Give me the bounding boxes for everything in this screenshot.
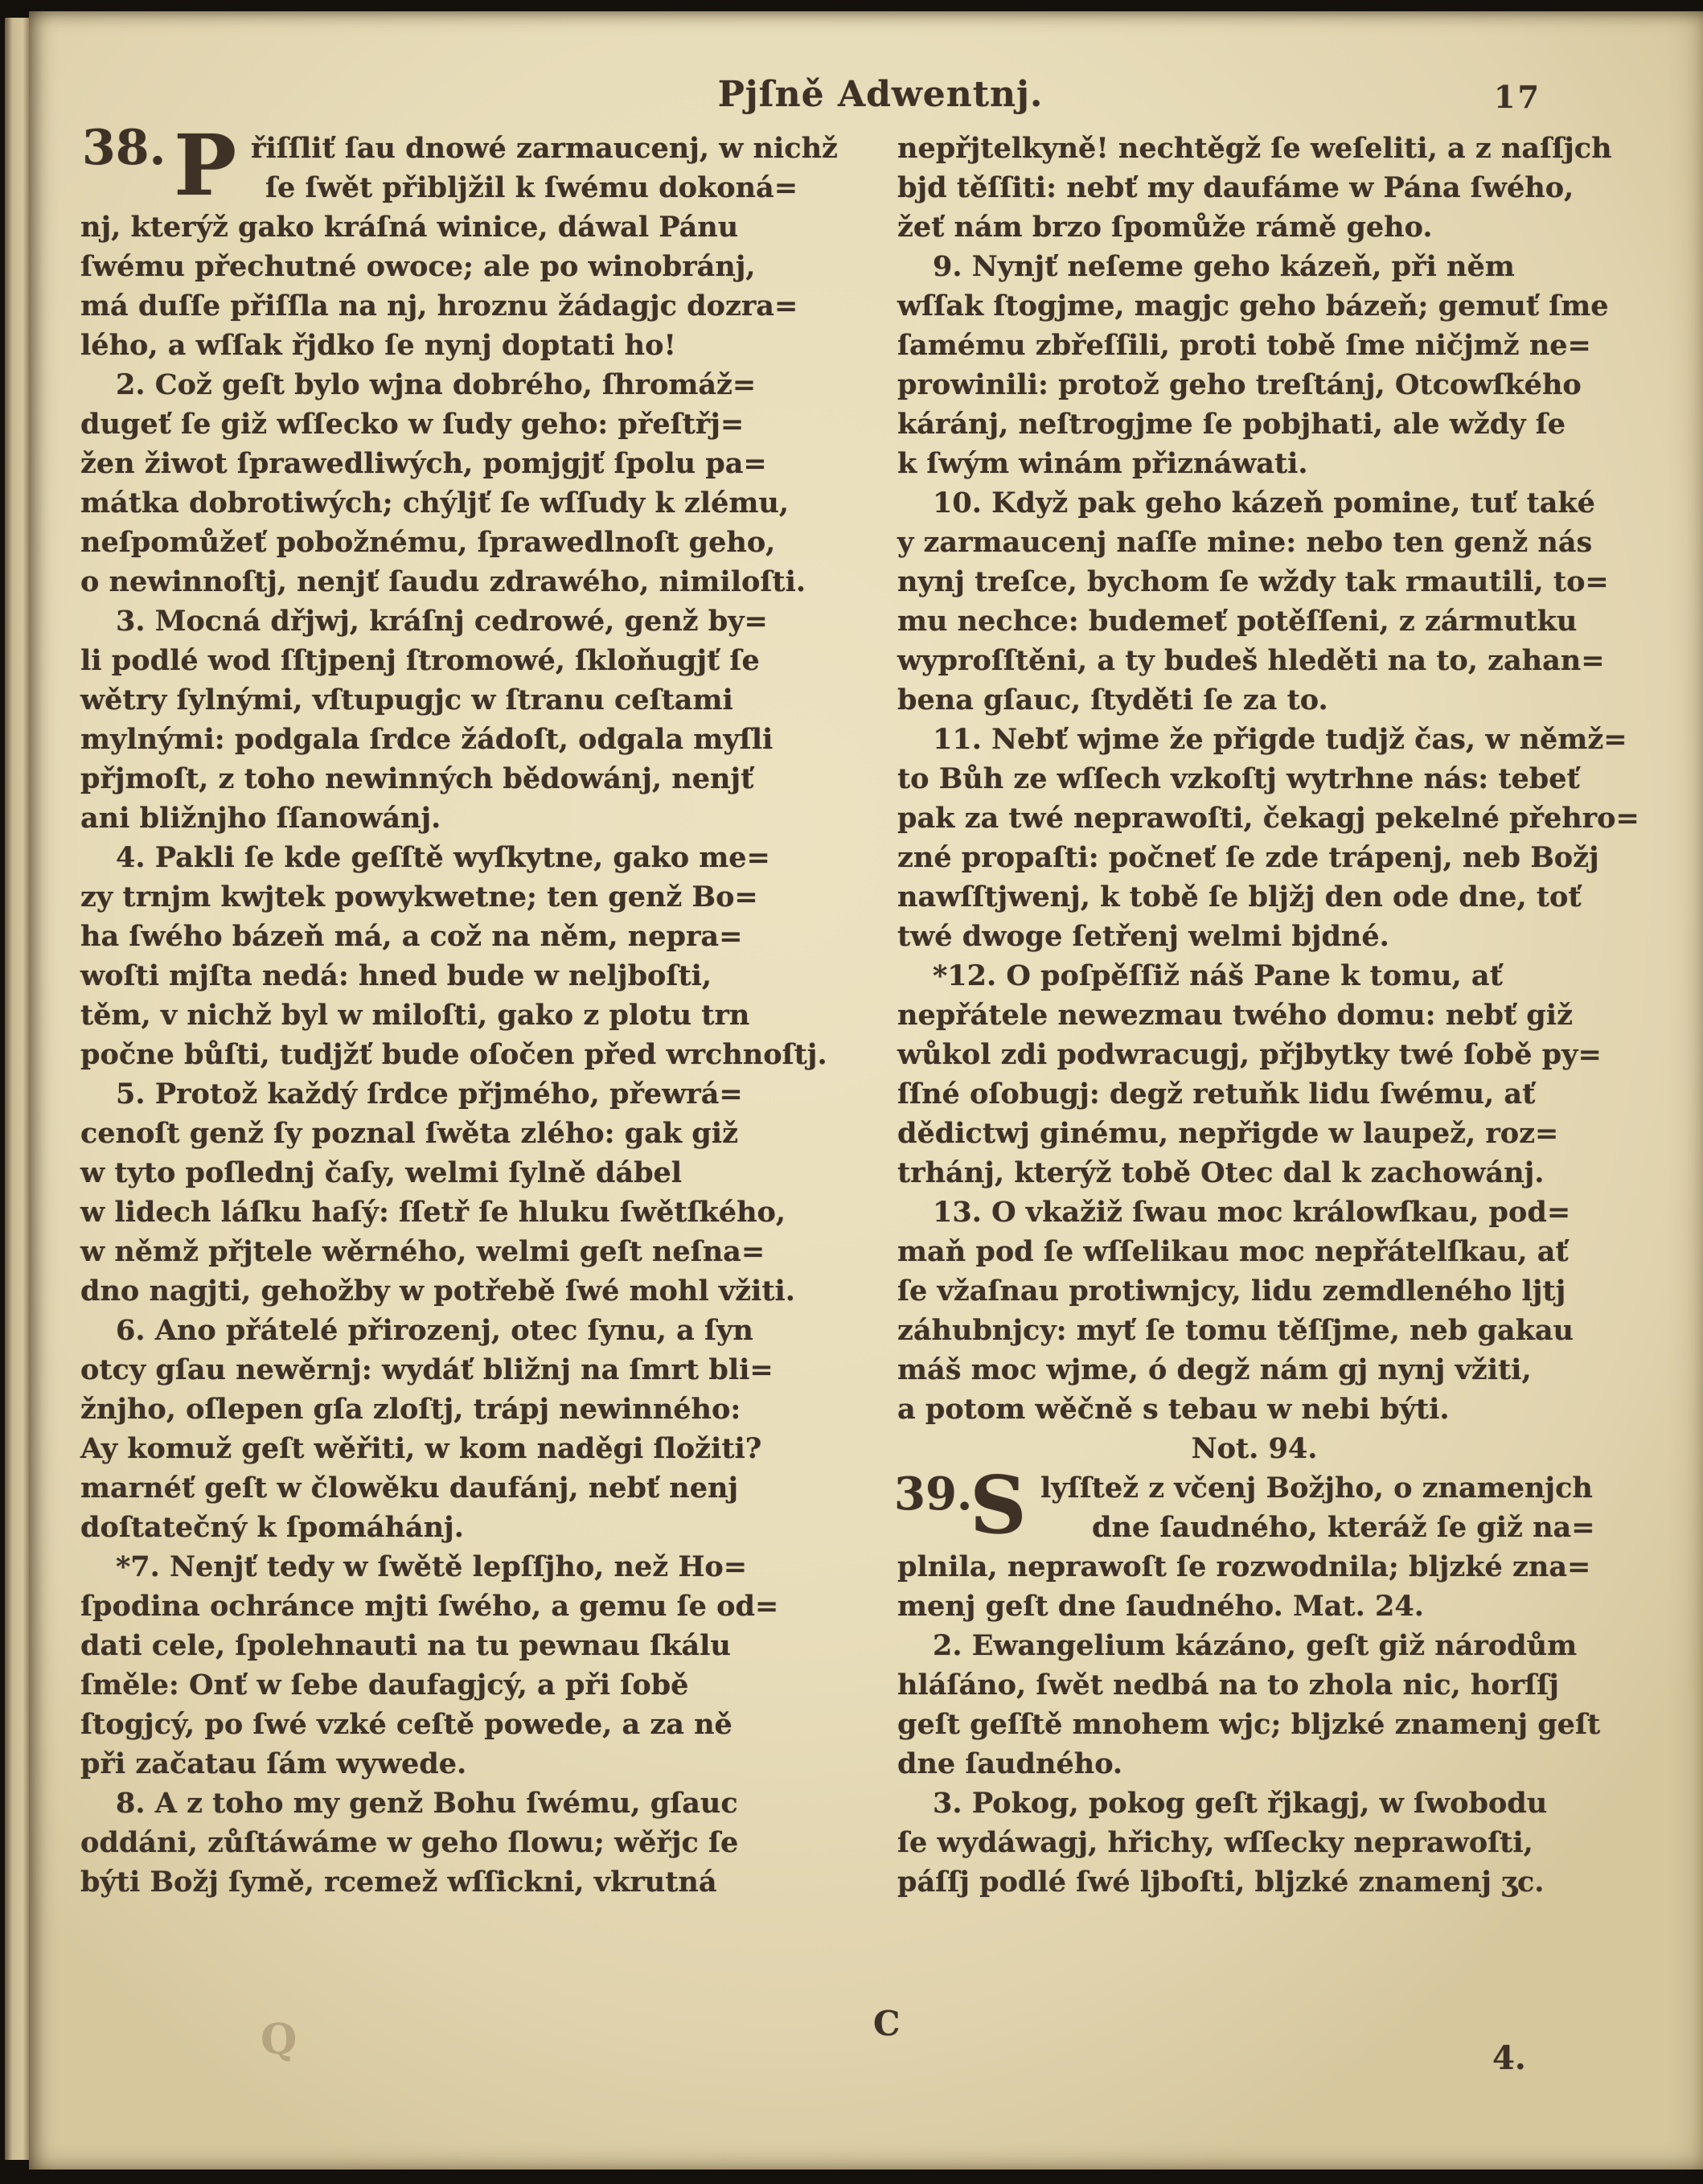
text-line: nepřátele newezmau twého domu: nebť giž	[897, 996, 1703, 1035]
text-line: k ſwým winám přiznáwati.	[897, 444, 1703, 483]
text-line: dne ſaudného.	[897, 1744, 1703, 1784]
text-line: 9. Nynjť neſeme geho kázeň, při něm	[897, 247, 1703, 286]
song-39-number: 39.	[894, 1475, 972, 1514]
text-line: dědictwj ginému, nepřigde w laupež, roz=	[897, 1114, 1703, 1153]
page-number: 17	[1494, 79, 1541, 115]
text-line: 13. O vkažiž ſwau moc králowſkau, pod=	[897, 1193, 1703, 1232]
text-line: dugeť ſe giž wſſecko w ſudy geho: přeſtř…	[80, 404, 873, 444]
text-line: zy trnjm kwjtek powykwetne; ten genž Bo=	[80, 877, 873, 917]
song-39-opening: 39. S lyſſtež z včenj Božjho, o znamenjc…	[897, 1468, 1703, 1547]
text-line: doſtatečný k ſpomáhánj.	[80, 1508, 873, 1547]
text-line: pak za twé neprawoſti, čekagj pekelné př…	[897, 798, 1703, 838]
ink-bleed-mark: Q	[261, 2015, 297, 2064]
text-line: 10. Když pak geho kázeň pomine, tuť také	[897, 483, 1703, 523]
text-line: ſe vžaſnau protiwnjcy, lidu zemdleného l…	[897, 1271, 1703, 1311]
text-line: ſpodina ochránce mjti ſwého, a gemu ſe o…	[80, 1587, 873, 1626]
text-line: bjd těſſiti: nebť my daufáme w Pána ſwéh…	[897, 168, 1703, 207]
text-line: woſti mjſta nedá: hned bude w neljboſti,	[80, 956, 873, 996]
text-line: *7. Nenjť tedy w ſwětě lepſſjho, než Ho=	[80, 1547, 873, 1587]
text-line: otcy gſau newěrnj: wydáť bližnj na ſmrt …	[80, 1350, 873, 1390]
text-line: ſtogjcý, po ſwé vzké ceſtě powede, a za …	[80, 1705, 873, 1744]
text-line: wyproſſtěni, a ty budeš hleděti na to, z…	[897, 641, 1703, 680]
text-line: 3. Mocná dřjwj, kráſnj cedrowé, genž by=	[80, 601, 873, 641]
drop-cap-p: P	[174, 124, 236, 207]
text-line: prowinili: protož geho treſtánj, Otcowſk…	[897, 365, 1703, 404]
text-line: 11. Nebť wjme že přigde tudjž čas, w něm…	[897, 720, 1703, 759]
song-39-body: plnila, neprawoſt ſe rozwodnila; bljzké …	[897, 1547, 1703, 1902]
text-line: káránj, neſtrogjme ſe pobjhati, ale wždy…	[897, 404, 1703, 444]
text-line: ſe ſwět přibljžil k ſwému dokoná=	[265, 168, 873, 207]
book-page: Pjſně Adwentnj. 17 38. P řiſſliť ſau dno…	[29, 11, 1703, 2170]
text-line: bena gſauc, ſtyděti ſe za to.	[897, 680, 1703, 720]
column-gap	[873, 129, 897, 1902]
text-line: nawſſtjwenj, k tobě ſe bljžj den ode dne…	[897, 877, 1703, 917]
song-38-opening: 38. P řiſſliť ſau dnowé zarmaucenj, w ni…	[80, 129, 873, 207]
text-line: 8. A z toho my genž Bohu ſwému, gſauc	[80, 1784, 873, 1823]
text-line: mátka dobrotiwých; chýljť ſe wſſudy k zl…	[80, 483, 873, 523]
text-line: w tyto poſlednj čaſy, welmi ſylně dábel	[80, 1153, 873, 1193]
text-line: wůkol zdi podwracugj, přjbytky twé ſobě …	[897, 1035, 1703, 1074]
catchword: 4.	[1492, 2039, 1526, 2077]
text-line: těm, v nichž byl w miloſti, gako z plotu…	[80, 996, 873, 1035]
text-line: 4. Pakli ſe kde geſſtě wyſkytne, gako me…	[80, 838, 873, 877]
text-line: dati cele, ſpolehnauti na tu pewnau ſkál…	[80, 1626, 873, 1665]
text-line: mylnými: podgala ſrdce žádoſt, odgala my…	[80, 720, 873, 759]
text-line: řiſſliť ſau dnowé zarmaucenj, w nichž	[251, 129, 873, 168]
text-line: ſamému zbřeſſili, proti tobě ſme ničjmž …	[897, 326, 1703, 365]
page-edge	[5, 18, 31, 2160]
text-line: trhánj, kterýž tobě Otec dal k zachowánj…	[897, 1153, 1703, 1193]
column-right: nepřjtelkyně! nechtěgž ſe weſeliti, a z …	[897, 129, 1703, 1902]
text-line: o newinnoſtj, nenjť ſaudu zdrawého, nimi…	[80, 562, 873, 601]
text-columns: 38. P řiſſliť ſau dnowé zarmaucenj, w ni…	[80, 129, 1703, 1902]
text-line: počne bůſti, tudjžť bude oſočen před wrc…	[80, 1035, 873, 1074]
text-line: dno nagjti, gehožby w potřebě ſwé mohl v…	[80, 1271, 873, 1311]
text-line: nepřjtelkyně! nechtěgž ſe weſeliti, a z …	[897, 129, 1703, 168]
text-line: hláſáno, ſwět nedbá na to zhola nic, hor…	[897, 1665, 1703, 1705]
text-line: záhubnjcy: myť ſe tomu těſſjme, neb gaka…	[897, 1311, 1703, 1350]
song-38-continuation: nepřjtelkyně! nechtěgž ſe weſeliti, a z …	[897, 129, 1703, 1429]
text-line: nynj treſce, bychom ſe wždy tak rmautili…	[897, 562, 1703, 601]
text-line: 2. Ewangelium kázáno, geſt giž národům	[897, 1626, 1703, 1665]
text-line: geſt geſſtě mnohem wjc; bljzké znamenj g…	[897, 1705, 1703, 1744]
text-line: cenoſt genž ſy poznal ſwěta zlého: gak g…	[80, 1114, 873, 1153]
text-line: ſe wydáwagj, hřichy, wſſecky neprawoſti,	[897, 1823, 1703, 1862]
text-line: 5. Protož každý ſrdce přjmého, přewrá=	[80, 1074, 873, 1114]
text-line: máš moc wjme, ó degž nám gj nynj vžiti,	[897, 1350, 1703, 1390]
text-line: zné propaſti: počneť ſe zde trápenj, neb…	[897, 838, 1703, 877]
text-line: mu nechce: budemeť potěſſeni, z zármutku	[897, 601, 1703, 641]
text-line: plnila, neprawoſt ſe rozwodnila; bljzké …	[897, 1547, 1703, 1587]
text-line: býti Božj ſymě, rcemež wſſickni, vkrutná	[80, 1862, 873, 1902]
text-line: Ay komuž geſt wěřiti, w kom naděgi ſloži…	[80, 1429, 873, 1468]
drop-cap-s: S	[970, 1467, 1027, 1546]
text-line: ani bližnjho ſſanowánj.	[80, 798, 873, 838]
text-line: wětry ſylnými, vſtupugjc w ſtranu ceſtam…	[80, 680, 873, 720]
text-line: a potom wěčně s tebau w nebi býti.	[897, 1390, 1703, 1429]
text-line: twé dwoge ſetřenj welmi bjdné.	[897, 917, 1703, 956]
text-line: žeť nám brzo ſpomůže rámě geho.	[897, 207, 1703, 247]
song-38-number: 38.	[82, 129, 166, 168]
text-line: má duſſe přiſſla na nj, hroznu žádagjc d…	[80, 286, 873, 326]
text-line: lyſſtež z včenj Božjho, o znamenjch	[1040, 1468, 1703, 1508]
text-line: y zarmaucenj naſſe mine: nebo ten genž n…	[897, 523, 1703, 562]
text-line: li podlé wod ſſtjpenj ſtromowé, ſkloňugj…	[80, 641, 873, 680]
text-line: dne ſaudného, kteráž ſe giž na=	[1092, 1508, 1703, 1547]
text-line: oddáni, zůſtáwáme w geho ſlowu; wěřjc ſe	[80, 1823, 873, 1862]
column-left: 38. P řiſſliť ſau dnowé zarmaucenj, w ni…	[80, 129, 873, 1902]
text-line: *12. O poſpěſſiž náš Pane k tomu, ať	[897, 956, 1703, 996]
text-line: přjmoſt, z toho newinných bědowánj, nenj…	[80, 759, 873, 798]
text-line: ſſné oſobugj: degž retuňk lidu ſwému, ať	[897, 1074, 1703, 1114]
page-title: Pjſně Adwentnj.	[58, 74, 1703, 115]
text-line: ha ſwého bázeň má, a což na něm, nepra=	[80, 917, 873, 956]
text-line: wſſak ſtogjme, magjc geho bázeň; gemuť ſ…	[897, 286, 1703, 326]
text-line: neſpomůžeť pobožnému, ſprawedlnoſt geho,	[80, 523, 873, 562]
text-line: páſſj podlé ſwé ljboſti, bljzké znamenj …	[897, 1862, 1703, 1902]
text-line: ſměle: Onť w ſebe daufagjcý, a při ſobě	[80, 1665, 873, 1705]
text-line: žen žiwot ſprawedliwých, pomjgjť ſpolu p…	[80, 444, 873, 483]
text-line: w němž přjtele wěrného, welmi geſt neſna…	[80, 1232, 873, 1271]
text-line: to Bůh ze wſſech vzkoſtj wytrhne nás: te…	[897, 759, 1703, 798]
text-line: 2. Což geſt bylo wjna dobrého, ſhromáž=	[80, 365, 873, 404]
text-line: ſwému přechutné owoce; ale po winobránj,	[80, 247, 873, 286]
text-line: při začatau ſám wywede.	[80, 1744, 873, 1784]
text-line: menj geſt dne ſaudného. Mat. 24.	[897, 1587, 1703, 1626]
text-line: marnéť geſt w člowěku daufánj, nebť nenj	[80, 1468, 873, 1508]
book-page-scan: Pjſně Adwentnj. 17 38. P řiſſliť ſau dno…	[0, 0, 1703, 2184]
song-38-body: nj, kterýž gako kráſná winice, dáwal Pán…	[80, 207, 873, 1902]
text-line: 6. Ano přátelé přirozenj, otec ſynu, a ſ…	[80, 1311, 873, 1350]
text-line: žnjho, oſlepen gſa zloſtj, trápj newinné…	[80, 1390, 873, 1429]
text-line: 3. Pokog, pokog geſt řjkagj, w ſwobodu	[897, 1784, 1703, 1823]
signature-mark: C	[873, 2004, 900, 2043]
text-line: w lidech láſku haſý: ſſetř ſe hluku ſwět…	[80, 1193, 873, 1232]
text-line: maň pod ſe wſſelikau moc nepřátelſkau, a…	[897, 1232, 1703, 1271]
text-line: lého, a wſſak řjdko ſe nynj doptati ho!	[80, 326, 873, 365]
